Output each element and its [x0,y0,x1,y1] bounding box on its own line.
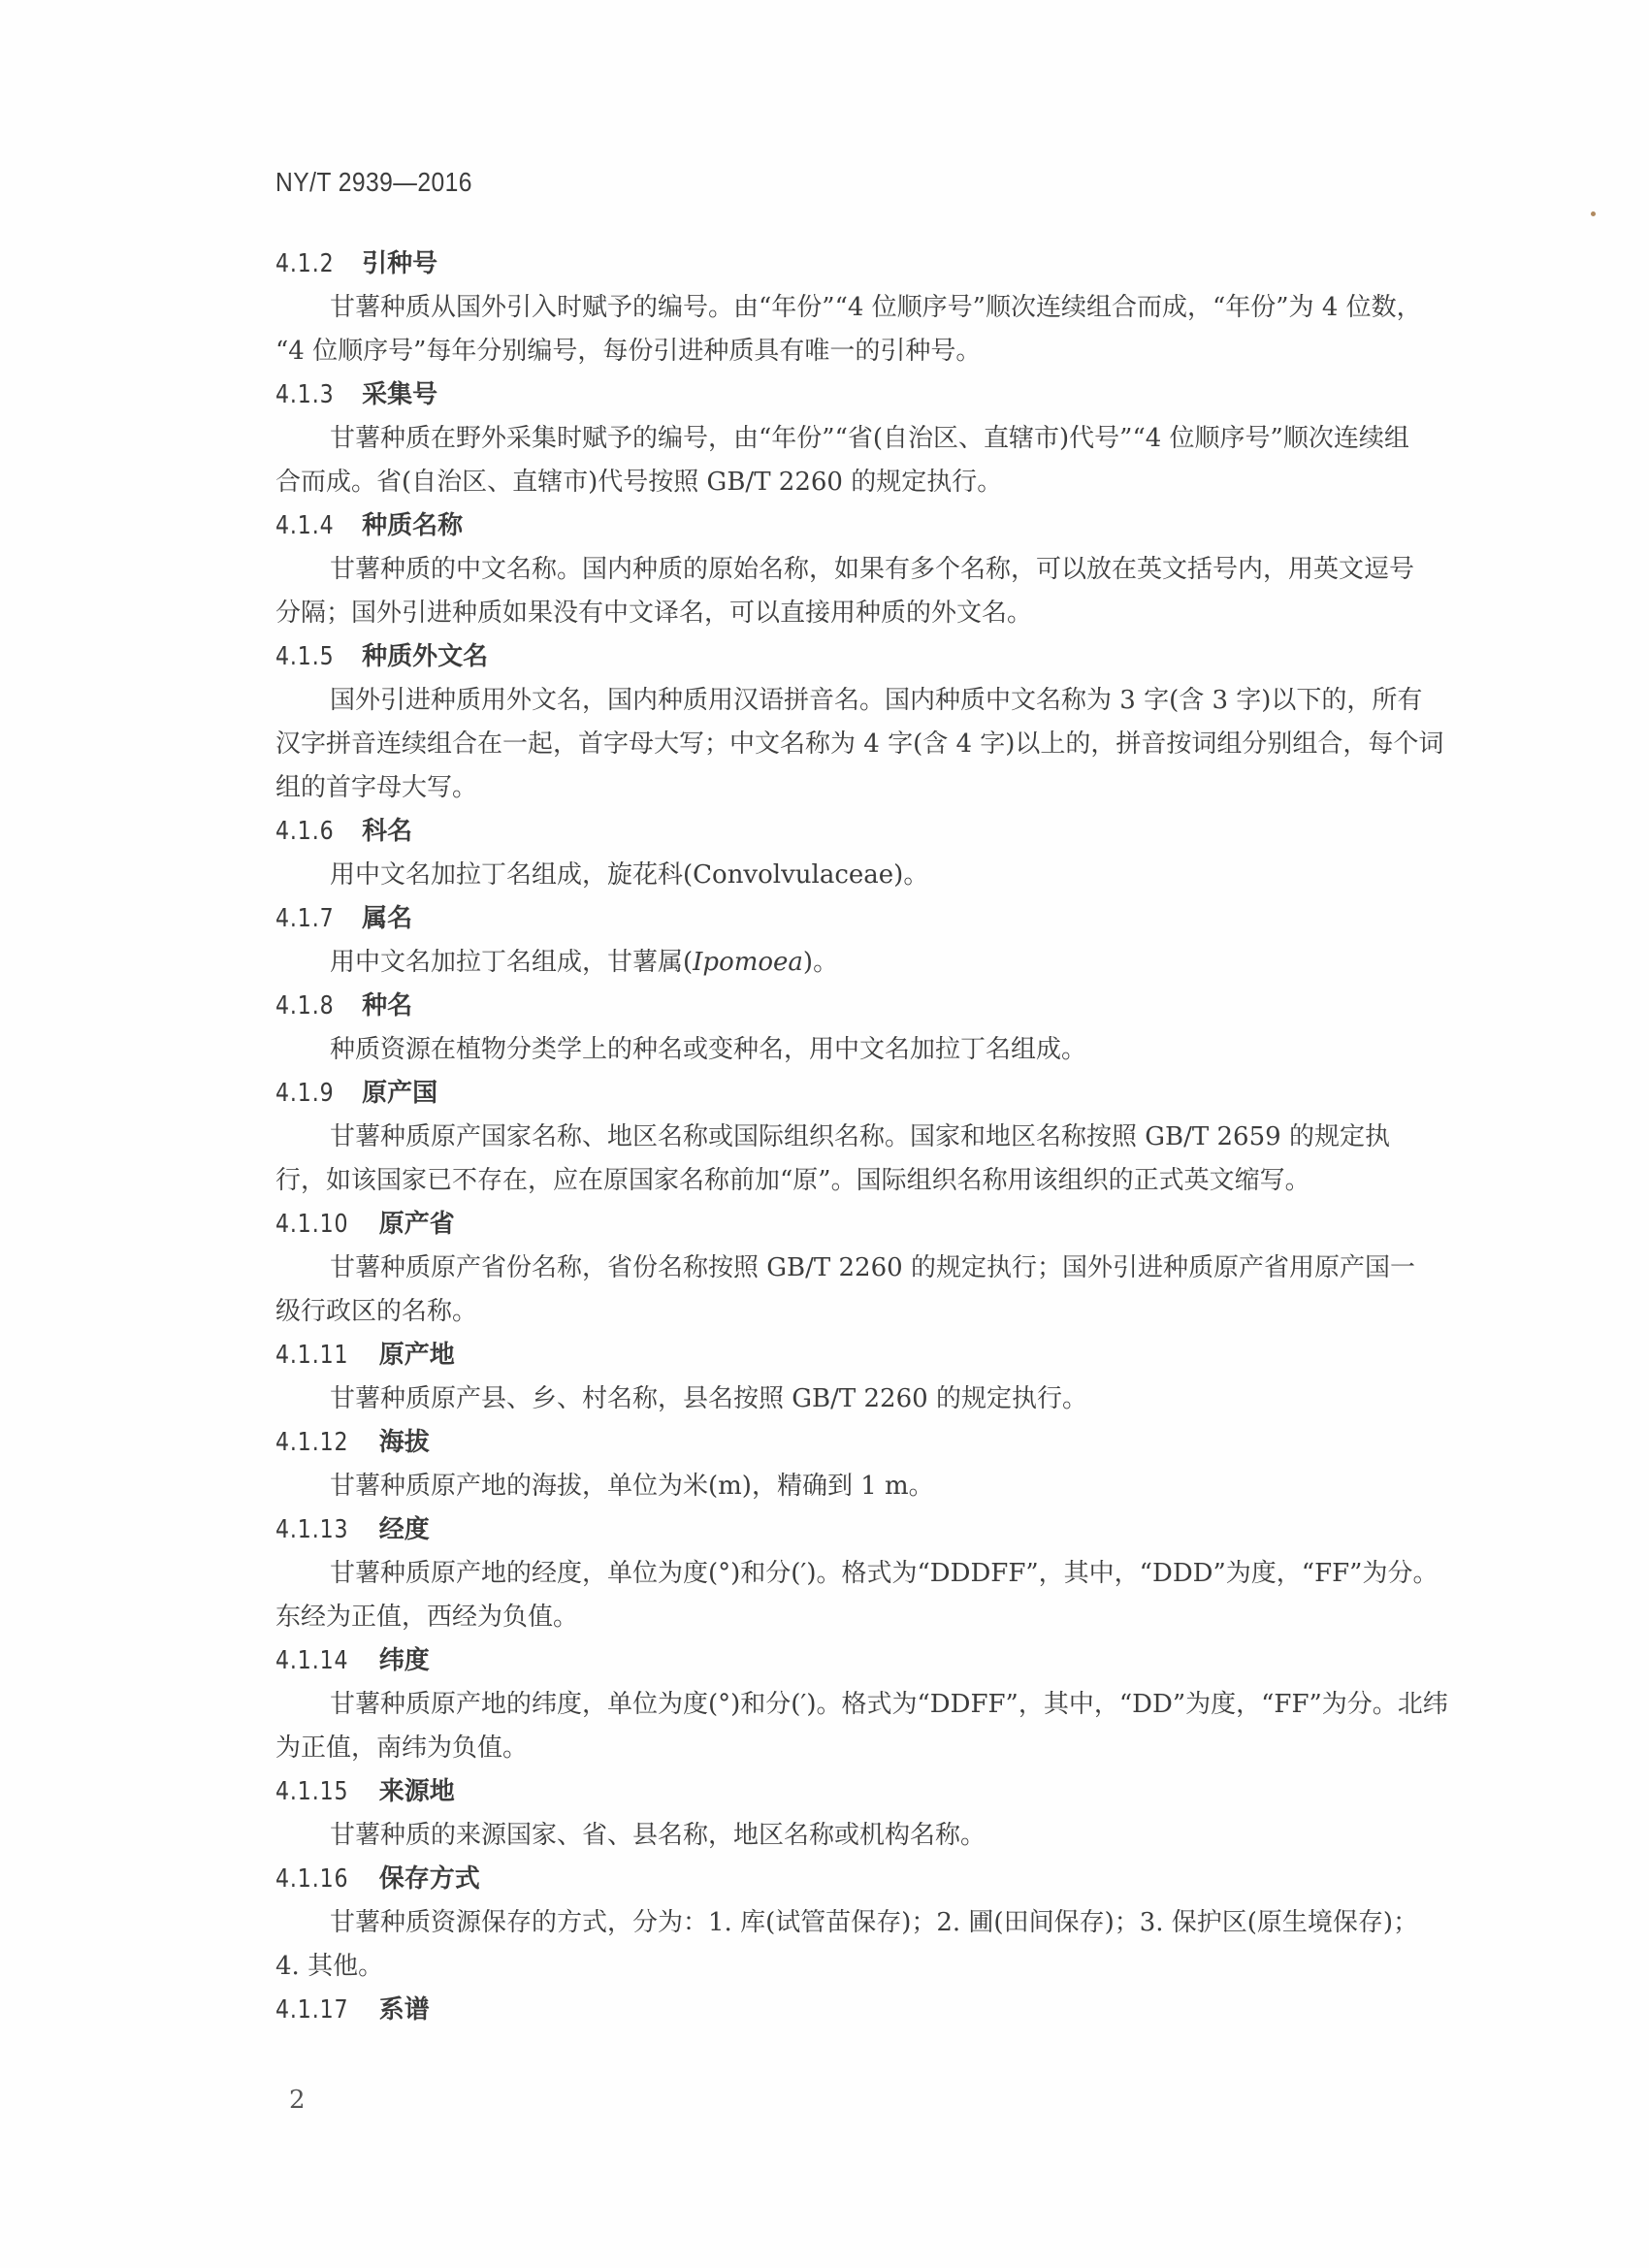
section-4-1-8: 4.1.8种名 种质资源在植物分类学上的种名或变种名，用中文名加拉丁名组成。 [275,985,1556,1072]
paragraph-line: 甘薯种质原产省份名称，省份名称按照 GB/T 2260 的规定执行；国外引进种质… [275,1247,1556,1290]
section-paragraph: 甘薯种质的中文名称。国内种质的原始名称，如果有多个名称，可以放在英文括号内，用英… [275,548,1556,635]
section-heading: 4.1.4种质名称 [275,504,1556,548]
section-heading: 4.1.12海拔 [275,1421,1556,1465]
section-number: 4.1.3 [275,373,334,417]
paragraph-line: 甘薯种质资源保存的方式，分为：1. 库(试管苗保存)；2. 圃(田间保存)；3.… [275,1901,1556,1945]
section-number: 4.1.6 [275,810,334,854]
section-4-1-17: 4.1.17系谱 [275,1989,1556,2032]
section-paragraph: 用中文名加拉丁名组成，甘薯属(Ipomoea)。 [275,941,1556,985]
section-heading: 4.1.3采集号 [275,373,1556,417]
section-title: 经度 [379,1508,430,1552]
section-heading: 4.1.17系谱 [275,1989,1556,2032]
section-heading: 4.1.16保存方式 [275,1858,1556,1901]
section-paragraph: 种质资源在植物分类学上的种名或变种名，用中文名加拉丁名组成。 [275,1028,1556,1072]
section-4-1-3: 4.1.3采集号 甘薯种质在野外采集时赋予的编号，由“年份”“省(自治区、直辖市… [275,373,1556,504]
paragraph-line: 汉字拼音连续组合在一起，首字母大写；中文名称为 4 字(含 4 字)以上的，拼音… [275,723,1556,766]
section-4-1-14: 4.1.14纬度 甘薯种质原产地的纬度，单位为度(°)和分(′)。格式为“DDF… [275,1639,1556,1770]
section-4-1-10: 4.1.10原产省 甘薯种质原产省份名称，省份名称按照 GB/T 2260 的规… [275,1203,1556,1334]
paragraph-line: 种质资源在植物分类学上的种名或变种名，用中文名加拉丁名组成。 [275,1028,1556,1072]
section-4-1-16: 4.1.16保存方式 甘薯种质资源保存的方式，分为：1. 库(试管苗保存)；2.… [275,1858,1556,1989]
section-title: 引种号 [362,243,437,286]
paragraph-line: 用中文名加拉丁名组成，旋花科(Convolvulaceae)。 [275,854,1556,897]
section-heading: 4.1.6科名 [275,810,1556,854]
page-number: 2 [289,2086,306,2115]
section-4-1-12: 4.1.12海拔 甘薯种质原产地的海拔，单位为米(m)，精确到 1 m。 [275,1421,1556,1508]
paragraph-line: 行，如该国家已不存在，应在原国家名称前加“原”。国际组织名称用该组织的正式英文缩… [275,1159,1556,1203]
section-number: 4.1.10 [275,1203,348,1247]
section-4-1-7: 4.1.7属名 用中文名加拉丁名组成，甘薯属(Ipomoea)。 [275,897,1556,985]
section-heading: 4.1.13经度 [275,1508,1556,1552]
section-4-1-15: 4.1.15来源地 甘薯种质的来源国家、省、县名称，地区名称或机构名称。 [275,1770,1556,1858]
section-heading: 4.1.5种质外文名 [275,635,1556,679]
text-segment: )。 [803,948,838,977]
section-title: 属名 [362,897,412,941]
section-number: 4.1.7 [275,897,334,941]
section-title: 原产地 [379,1334,455,1377]
paragraph-line: 用中文名加拉丁名组成，甘薯属(Ipomoea)。 [275,941,1556,985]
section-paragraph: 国外引进种质用外文名，国内种质用汉语拼音名。国内种质中文名称为 3 字(含 3 … [275,679,1556,810]
section-4-1-11: 4.1.11原产地 甘薯种质原产县、乡、村名称，县名按照 GB/T 2260 的… [275,1334,1556,1421]
paragraph-line: 甘薯种质原产地的纬度，单位为度(°)和分(′)。格式为“DDFF”，其中，“DD… [275,1683,1556,1727]
section-heading: 4.1.11原产地 [275,1334,1556,1377]
text-segment: 用中文名加拉丁名组成，甘薯属( [330,948,693,977]
section-paragraph: 甘薯种质原产地的经度，单位为度(°)和分(′)。格式为“DDDFF”，其中，“D… [275,1552,1556,1639]
section-paragraph: 甘薯种质原产省份名称，省份名称按照 GB/T 2260 的规定执行；国外引进种质… [275,1247,1556,1334]
section-4-1-5: 4.1.5种质外文名 国外引进种质用外文名，国内种质用汉语拼音名。国内种质中文名… [275,635,1556,810]
paragraph-line: 甘薯种质原产地的经度，单位为度(°)和分(′)。格式为“DDDFF”，其中，“D… [275,1552,1556,1596]
paragraph-line: 东经为正值，西经为负值。 [275,1596,1556,1639]
section-number: 4.1.17 [275,1989,348,2032]
section-number: 4.1.11 [275,1334,348,1377]
paragraph-line: 分隔；国外引进种质如果没有中文译名，可以直接用种质的外文名。 [275,592,1556,635]
section-heading: 4.1.2引种号 [275,243,1556,286]
section-number: 4.1.12 [275,1421,348,1465]
paragraph-line: 国外引进种质用外文名，国内种质用汉语拼音名。国内种质中文名称为 3 字(含 3 … [275,679,1556,723]
section-title: 种质名称 [362,504,463,548]
paragraph-line: 甘薯种质原产县、乡、村名称，县名按照 GB/T 2260 的规定执行。 [275,1377,1556,1421]
section-title: 纬度 [379,1639,430,1683]
section-paragraph: 甘薯种质从国外引入时赋予的编号。由“年份”“4 位顺序号”顺次连续组合而成，“年… [275,286,1556,373]
paragraph-line: 合而成。省(自治区、直辖市)代号按照 GB/T 2260 的规定执行。 [275,461,1556,504]
section-4-1-6: 4.1.6科名 用中文名加拉丁名组成，旋花科(Convolvulaceae)。 [275,810,1556,897]
paragraph-line: 甘薯种质原产地的海拔，单位为米(m)，精确到 1 m。 [275,1465,1556,1508]
section-heading: 4.1.9原产国 [275,1072,1556,1116]
section-number: 4.1.15 [275,1770,348,1814]
section-number: 4.1.13 [275,1508,348,1552]
section-paragraph: 用中文名加拉丁名组成，旋花科(Convolvulaceae)。 [275,854,1556,897]
section-number: 4.1.5 [275,635,334,679]
paragraph-line: 甘薯种质从国外引入时赋予的编号。由“年份”“4 位顺序号”顺次连续组合而成，“年… [275,286,1556,330]
paragraph-line: 甘薯种质的来源国家、省、县名称，地区名称或机构名称。 [275,1814,1556,1858]
paragraph-line: 组的首字母大写。 [275,766,1556,810]
section-title: 采集号 [362,373,437,417]
section-paragraph: 甘薯种质原产地的纬度，单位为度(°)和分(′)。格式为“DDFF”，其中，“DD… [275,1683,1556,1770]
section-title: 原产省 [379,1203,455,1247]
section-title: 来源地 [379,1770,455,1814]
paragraph-line: “4 位顺序号”每年分别编号，每份引进种质具有唯一的引种号。 [275,330,1556,373]
section-number: 4.1.2 [275,243,334,286]
section-title: 种名 [362,985,412,1028]
section-title: 种质外文名 [362,635,488,679]
section-title: 海拔 [379,1421,430,1465]
paragraph-line: 甘薯种质的中文名称。国内种质的原始名称，如果有多个名称，可以放在英文括号内，用英… [275,548,1556,592]
section-title: 系谱 [379,1989,430,2032]
section-heading: 4.1.10原产省 [275,1203,1556,1247]
section-heading: 4.1.14纬度 [275,1639,1556,1683]
section-number: 4.1.8 [275,985,334,1028]
scan-speck [1591,211,1596,216]
section-paragraph: 甘薯种质在野外采集时赋予的编号，由“年份”“省(自治区、直辖市)代号”“4 位顺… [275,417,1556,504]
section-4-1-2: 4.1.2引种号 甘薯种质从国外引入时赋予的编号。由“年份”“4 位顺序号”顺次… [275,243,1556,373]
section-4-1-4: 4.1.4种质名称 甘薯种质的中文名称。国内种质的原始名称，如果有多个名称，可以… [275,504,1556,635]
paragraph-line: 级行政区的名称。 [275,1290,1556,1334]
section-heading: 4.1.7属名 [275,897,1556,941]
document-body: 4.1.2引种号 甘薯种质从国外引入时赋予的编号。由“年份”“4 位顺序号”顺次… [275,243,1556,2032]
section-title: 原产国 [362,1072,437,1116]
section-number: 4.1.9 [275,1072,334,1116]
paragraph-line: 4. 其他。 [275,1945,1556,1989]
section-heading: 4.1.15来源地 [275,1770,1556,1814]
section-number: 4.1.14 [275,1639,348,1683]
section-paragraph: 甘薯种质原产县、乡、村名称，县名按照 GB/T 2260 的规定执行。 [275,1377,1556,1421]
section-paragraph: 甘薯种质的来源国家、省、县名称，地区名称或机构名称。 [275,1814,1556,1858]
section-number: 4.1.4 [275,504,334,548]
paragraph-line: 甘薯种质原产国家名称、地区名称或国际组织名称。国家和地区名称按照 GB/T 26… [275,1116,1556,1159]
section-heading: 4.1.8种名 [275,985,1556,1028]
section-title: 科名 [362,810,412,854]
section-title: 保存方式 [379,1858,480,1901]
section-paragraph: 甘薯种质原产地的海拔，单位为米(m)，精确到 1 m。 [275,1465,1556,1508]
genus-latin-name: Ipomoea [693,948,803,977]
paragraph-line: 为正值，南纬为负值。 [275,1727,1556,1770]
standard-code-header: NY/T 2939—2016 [275,167,472,198]
section-number: 4.1.16 [275,1858,348,1901]
section-4-1-13: 4.1.13经度 甘薯种质原产地的经度，单位为度(°)和分(′)。格式为“DDD… [275,1508,1556,1639]
section-paragraph: 甘薯种质原产国家名称、地区名称或国际组织名称。国家和地区名称按照 GB/T 26… [275,1116,1556,1203]
paragraph-line: 甘薯种质在野外采集时赋予的编号，由“年份”“省(自治区、直辖市)代号”“4 位顺… [275,417,1556,461]
section-paragraph: 甘薯种质资源保存的方式，分为：1. 库(试管苗保存)；2. 圃(田间保存)；3.… [275,1901,1556,1989]
section-4-1-9: 4.1.9原产国 甘薯种质原产国家名称、地区名称或国际组织名称。国家和地区名称按… [275,1072,1556,1203]
